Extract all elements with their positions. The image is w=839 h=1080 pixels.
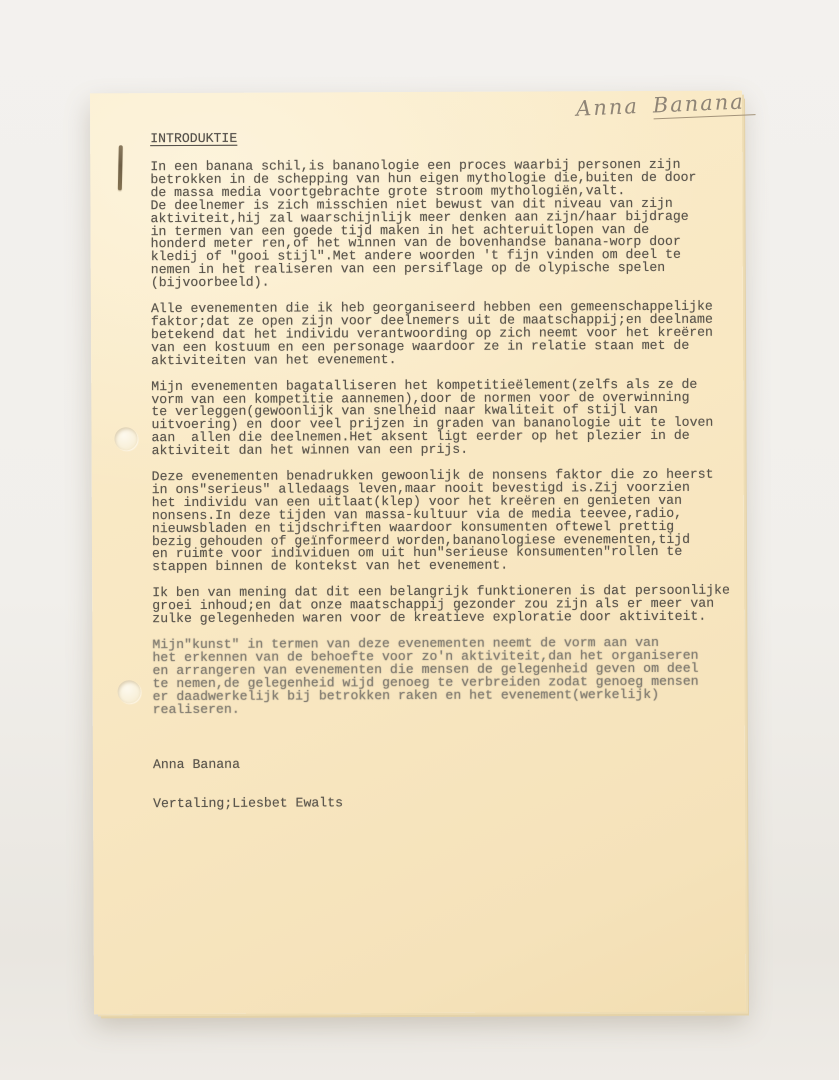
document-title: INTRODUKTIE (150, 133, 237, 146)
signature-name: Anna Banana (153, 757, 735, 772)
paragraph-4: Deze evenementen benadrukken gewoonlijk … (152, 469, 734, 575)
paragraph-1: In een banana schil,is bananologie een p… (150, 159, 733, 291)
handwritten-last-name: Banana (652, 89, 755, 119)
staple-mark (118, 145, 123, 190)
signature-block: Anna Banana Vertaling;Liesbet Ewalts (153, 731, 735, 837)
document-paper: AnnaBanana INTRODUKTIE In een banana sch… (90, 91, 746, 1015)
document-body: INTRODUKTIE In een banana schil,is banan… (150, 131, 735, 837)
handwritten-name: AnnaBanana (576, 89, 756, 121)
punch-hole-top (114, 427, 137, 450)
paragraph-5: Ik ben van mening dat dit een belangrijk… (152, 585, 734, 626)
paragraph-6: Mijn"kunst" in termen van deze evenement… (152, 637, 734, 717)
handwritten-first-name: Anna (576, 94, 640, 121)
photo-background: AnnaBanana INTRODUKTIE In een banana sch… (0, 0, 839, 1080)
paragraph-3: Mijn evenementen bagatalliseren het komp… (151, 378, 733, 458)
punch-hole-bottom (118, 680, 141, 703)
paragraph-2: Alle evenementen die ik heb georganiseer… (151, 301, 733, 368)
signature-translator: Vertaling;Liesbet Ewalts (153, 796, 735, 811)
